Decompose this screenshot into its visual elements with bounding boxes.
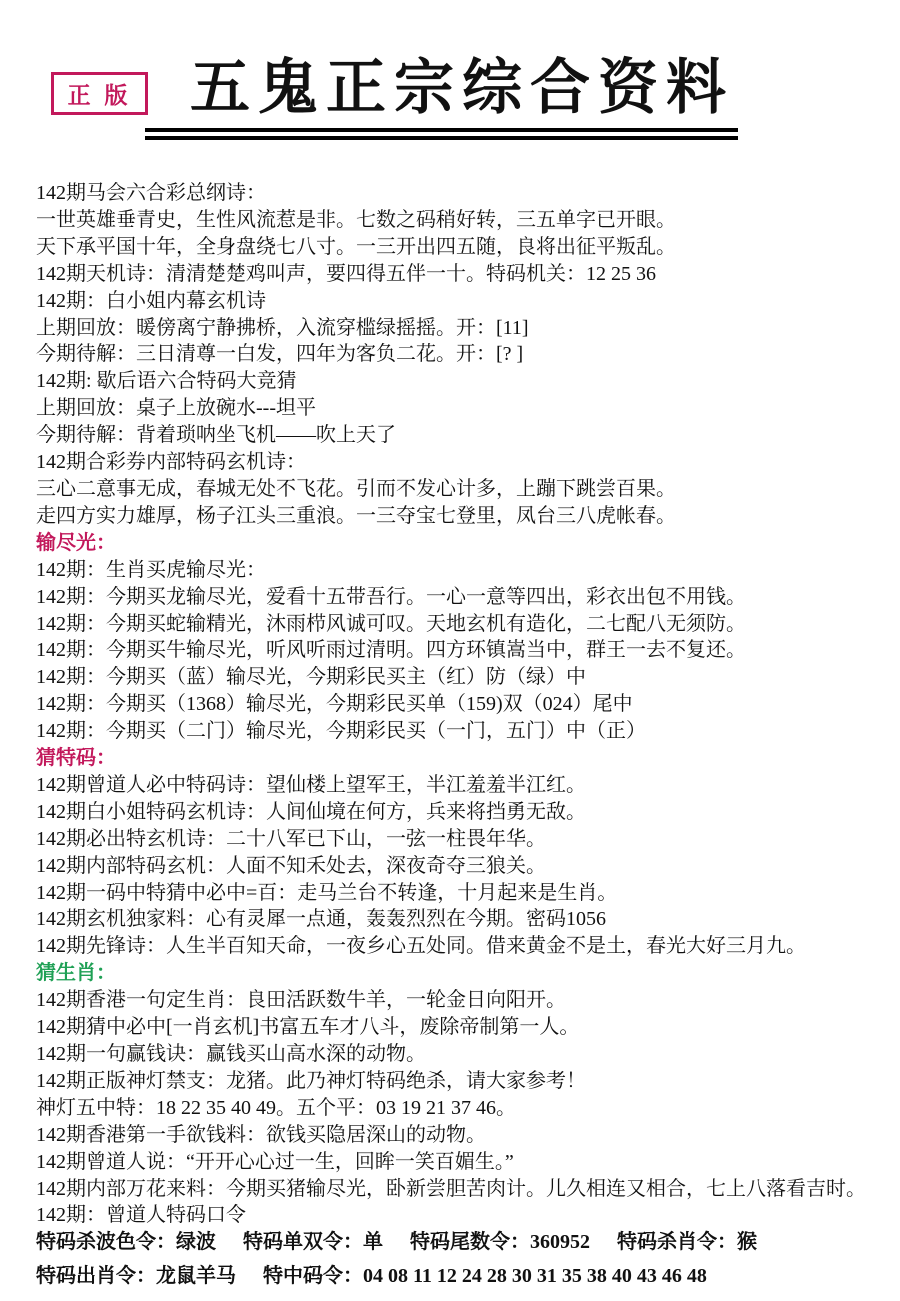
command-segment: 特码尾数令：360952: [410, 1231, 590, 1253]
text-line: 142期：今期买蛇输精光，沐雨栉风诚可叹。天地玄机有造化，二七配八无须防。: [36, 611, 882, 638]
text-line: 142期：今期买龙输尽光，爱看十五带吾行。一心一意等四出，彩衣出包不用钱。: [36, 584, 882, 611]
text-line: 一世英雄垂青史，生性风流惹是非。七数之码稍好转，三五单字已开眼。: [36, 207, 882, 234]
text-line: 142期：生肖买虎输尽光：: [36, 557, 882, 584]
text-line: 142期内部特码玄机：人面不知禾处去，深夜奇夺三狼关。: [36, 853, 882, 880]
text-line: 走四方实力雄厚，杨子江头三重浪。一三夺宝七登里，凤台三八虎帐春。: [36, 503, 882, 530]
text-line: 142期必出特玄机诗：二十八军已下山，一弦一柱畏年华。: [36, 826, 882, 853]
command-segment: 特码杀肖令：猴: [617, 1231, 757, 1253]
text-line: 142期：白小姐内幕玄机诗: [36, 288, 882, 315]
text-line: 142期内部万花来料：今期买猪输尽光，卧新尝胆苦肉计。儿久相连又相合，七上八落看…: [36, 1176, 882, 1203]
text-line: 142期曾道人说：“开开心心过一生，回眸一笑百媚生。”: [36, 1149, 882, 1176]
footer-command-row: 特码杀波色令：绿波特码单双令：单特码尾数令：360952特码杀肖令：猴: [36, 1229, 882, 1256]
section-heading: 猜生肖：: [36, 960, 882, 987]
content: 142期马会六合彩总纲诗：一世英雄垂青史，生性风流惹是非。七数之码稍好转，三五单…: [0, 180, 900, 1290]
command-segment: 特中码令：04 08 11 12 24 28 30 31 35 38 40 43…: [263, 1265, 707, 1287]
text-line: 142期香港第一手欲钱料：欲钱买隐居深山的动物。: [36, 1122, 882, 1149]
text-line: 142期天机诗：清清楚楚鸡叫声，要四得五伴一十。特码机关：12 25 36: [36, 261, 882, 288]
header: 正 版 五鬼正宗综合资料: [0, 0, 900, 180]
footer-command-row: 特码出肖令：龙鼠羊马特中码令：04 08 11 12 24 28 30 31 3…: [36, 1263, 882, 1290]
text-line: 142期猜中必中[一肖玄机]书富五车才八斗，废除帝制第一人。: [36, 1014, 882, 1041]
text-line: 142期：今期买（二门）输尽光，今期彩民买（一门，五门）中（正）: [36, 718, 882, 745]
section-heading: 输尽光：: [36, 530, 882, 557]
text-line: 142期曾道人必中特码诗：望仙楼上望军王，半江羞羞半江红。: [36, 772, 882, 799]
text-line: 142期：今期买（1368）输尽光，今期彩民买单（159)双（024）尾中: [36, 691, 882, 718]
text-line: 上期回放：暖傍离宁静拂桥，入流穿槛绿摇摇。开：[11]: [36, 315, 882, 342]
text-line: 神灯五中特：18 22 35 40 49。五个平：03 19 21 37 46。: [36, 1095, 882, 1122]
text-line: 今期待解：背着琐呐坐飞机——吹上天了: [36, 422, 882, 449]
text-line: 142期白小姐特码玄机诗：人间仙境在何方，兵来将挡勇无敌。: [36, 799, 882, 826]
section-heading: 猜特码：: [36, 745, 882, 772]
text-line: 142期合彩券内部特码玄机诗：: [36, 449, 882, 476]
text-line: 142期一码中特猜中必中=百：走马兰台不转逢，十月起来是生肖。: [36, 880, 882, 907]
text-line: 今期待解：三日清尊一白发，四年为客负二花。开：[? ]: [36, 341, 882, 368]
page: 正 版 五鬼正宗综合资料 142期马会六合彩总纲诗：一世英雄垂青史，生性风流惹是…: [0, 0, 900, 1301]
text-line: 上期回放：桌子上放碗水---坦平: [36, 395, 882, 422]
text-line: 142期：曾道人特码口令: [36, 1202, 882, 1229]
text-line: 天下承平国十年，全身盘绕七八寸。一三开出四五随，良将出征平叛乱。: [36, 234, 882, 261]
text-line: 142期一句赢钱诀：赢钱买山高水深的动物。: [36, 1041, 882, 1068]
text-line: 142期马会六合彩总纲诗：: [36, 180, 882, 207]
command-segment: 特码出肖令：龙鼠羊马: [36, 1265, 236, 1287]
text-line: 142期正版神灯禁支：龙猪。此乃神灯特码绝杀，请大家参考！: [36, 1068, 882, 1095]
command-segment: 特码单双令：单: [243, 1231, 383, 1253]
text-line: 三心二意事无成，春城无处不飞花。引而不发心计多，上蹦下跳尝百果。: [36, 476, 882, 503]
page-title: 五鬼正宗综合资料: [145, 52, 738, 140]
authentic-badge: 正 版: [51, 72, 148, 115]
text-line: 142期：今期买牛输尽光，听风听雨过清明。四方环镇嵩当中，群王一去不复还。: [36, 637, 882, 664]
page-title-text: 五鬼正宗综合资料: [145, 52, 738, 140]
text-line: 142期玄机独家料：心有灵犀一点通，轰轰烈烈在今期。密码1056: [36, 906, 882, 933]
command-segment: 特码杀波色令：绿波: [36, 1231, 216, 1253]
text-line: 142期先锋诗：人生半百知天命，一夜乡心五处同。借来黄金不是土，春光大好三月九。: [36, 933, 882, 960]
text-line: 142期香港一句定生肖：良田活跃数牛羊，一轮金日向阳开。: [36, 987, 882, 1014]
text-line: 142期: 歇后语六合特码大竞猜: [36, 368, 882, 395]
authentic-badge-label: 正 版: [68, 77, 132, 110]
text-line: 142期：今期买（蓝）输尽光，今期彩民买主（红）防（绿）中: [36, 664, 882, 691]
